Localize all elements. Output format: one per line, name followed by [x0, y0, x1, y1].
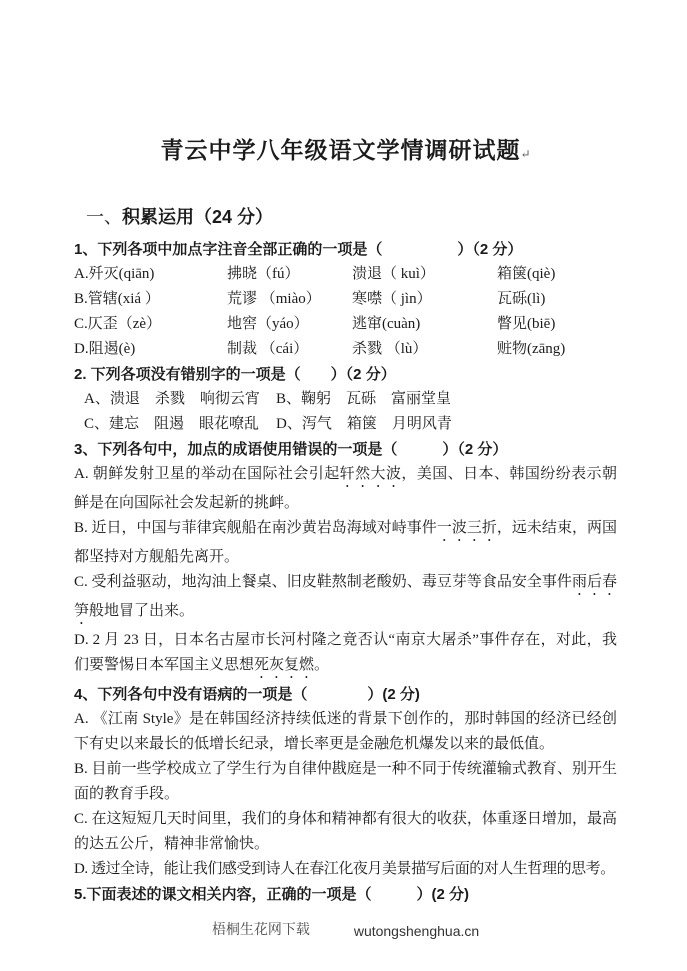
q2-option-b: B、鞠躬 瓦砾 富丽堂皇 — [276, 387, 617, 412]
q1-option-b-word-4: 瓦砾(lì) — [497, 287, 617, 312]
text-segment: D. 2 月 23 日，日本名古屋市长河村隆之竟否认“南京大屠杀”事件存在，对此… — [74, 632, 617, 673]
emphasized-idiom: 一波三折 — [437, 520, 497, 536]
exam-page: 青云中学八年级语文学情调研试题↵ 一、积累运用（24 分） 1、下列各项中加点字… — [0, 0, 687, 971]
question-1-heading: 1、下列各项中加点字注音全部正确的一项是（ ）（2 分） — [74, 237, 617, 262]
q1-option-a-word-2: 拂晓（fú） — [227, 262, 352, 287]
q2-option-c: C、建忘 阻遏 眼花嘹乱 — [84, 412, 276, 437]
page-title-text: 青云中学八年级语文学情调研试题 — [160, 138, 520, 163]
q4-option-c: C. 在这短短几天时间里，我们的身体和精神都有很大的收获，体重逐日增加，最高的达… — [74, 807, 617, 857]
q1-option-b-word-2: 荒谬 （miào） — [227, 287, 352, 312]
q3-option-d: D. 2 月 23 日，日本名古屋市长河村隆之竟否认“南京大屠杀”事件存在，对此… — [74, 628, 617, 682]
question-4-heading: 4、下列各句中没有语病的一项是（ ）(2 分) — [74, 682, 617, 707]
q1-option-c-word-1: C.仄歪（zè） — [74, 312, 227, 337]
q3-option-a: A. 朝鲜发射卫星的举动在国际社会引起轩然大波，美国、日本、韩国纷纷表示朝鲜是在… — [74, 462, 617, 516]
text-segment: C. 受利益驱动，地沟油上餐桌、旧皮鞋熬制老酸奶、毒豆芽等食品安全事件 — [74, 574, 572, 590]
q1-option-c-word-3: 逃窜(cuàn) — [352, 312, 497, 337]
paragraph-return-mark-icon: ↵ — [520, 147, 530, 161]
question-3-heading: 3、下列各句中，加点的成语使用错误的一项是（ ）（2 分） — [74, 437, 617, 462]
question-2-heading: 2. 下列各项没有错别字的一项是（ ）（2 分） — [74, 362, 617, 387]
text-segment: B. 近日，中国与菲律宾舰船在南沙黄岩岛海域对峙事件 — [74, 520, 437, 536]
emphasized-idiom: 死灰复燃 — [254, 657, 314, 673]
q1-option-d-word-4: 赃物(zāng) — [497, 337, 617, 362]
q1-option-a-word-4: 箱箧(qiè) — [497, 262, 617, 287]
section-heading: 一、积累运用（24 分） — [86, 203, 617, 231]
q1-option-a-word-1: A.歼灭(qiān) — [74, 262, 227, 287]
page-title: 青云中学八年级语文学情调研试题↵ — [74, 136, 617, 169]
q3-option-b: B. 近日，中国与菲律宾舰船在南沙黄岩岛海域对峙事件一波三折，远未结束，两国都坚… — [74, 516, 617, 570]
q1-option-a-word-3: 溃退（ kuì） — [352, 262, 497, 287]
text-segment: 般地冒了出来。 — [89, 603, 194, 619]
question-2-options: A、溃退 杀戮 响彻云宵 B、鞠躬 瓦砾 富丽堂皇 C、建忘 阻遏 眼花嘹乱 D… — [74, 387, 617, 437]
q1-option-d-word-1: D.阻遏(è) — [74, 337, 227, 362]
section-heading-text: 积累运用（24 分） — [122, 207, 273, 227]
footer-site-name: 梧桐生花网下载 — [212, 921, 310, 941]
q1-option-c-word-2: 地窖（yáo） — [227, 312, 352, 337]
q2-option-d: D、泻气 箱箧 月明风青 — [276, 412, 617, 437]
question-1-options: A.歼灭(qiān) 拂晓（fú） 溃退（ kuì） 箱箧(qiè) B.管辖(… — [74, 262, 617, 362]
footer-site-url: wutongshenghua.cn — [354, 921, 479, 941]
q1-option-d-word-3: 杀戮 （lù） — [352, 337, 497, 362]
q4-option-d: D. 透过全诗，能让我们感受到诗人在春江化夜月美景描写后面的对人生哲理的思考。 — [74, 857, 617, 882]
q4-option-b: B. 目前一些学校成立了学生行为自律仲戡庭是一种不同于传统灌输式教育、别开生面的… — [74, 757, 617, 807]
text-segment: A. 朝鲜发射卫星的举动在国际社会引起 — [74, 466, 340, 482]
q1-option-b-word-1: B.管辖(xiá ） — [74, 287, 227, 312]
q1-option-b-word-3: 寒噤（ jìn） — [352, 287, 497, 312]
q4-option-a: A. 《江南 Style》是在韩国经济持续低迷的背景下创作的，那时韩国的经济已经… — [74, 707, 617, 757]
footer-watermark: 梧桐生花网下载 wutongshenghua.cn — [74, 921, 617, 941]
section-number: 一、 — [86, 207, 122, 227]
emphasized-idiom: 轩然大波 — [340, 466, 402, 482]
text-segment: 。 — [314, 657, 329, 673]
q2-option-a: A、溃退 杀戮 响彻云宵 — [84, 387, 276, 412]
q3-option-c: C. 受利益驱动，地沟油上餐桌、旧皮鞋熬制老酸奶、毒豆芽等食品安全事件雨后春笋般… — [74, 570, 617, 628]
q1-option-c-word-4: 瞥见(biē) — [497, 312, 617, 337]
q1-option-d-word-2: 制裁 （cái） — [227, 337, 352, 362]
question-5-heading: 5.下面表述的课文相关内容，正确的一项是（ ）(2 分) — [74, 882, 617, 907]
